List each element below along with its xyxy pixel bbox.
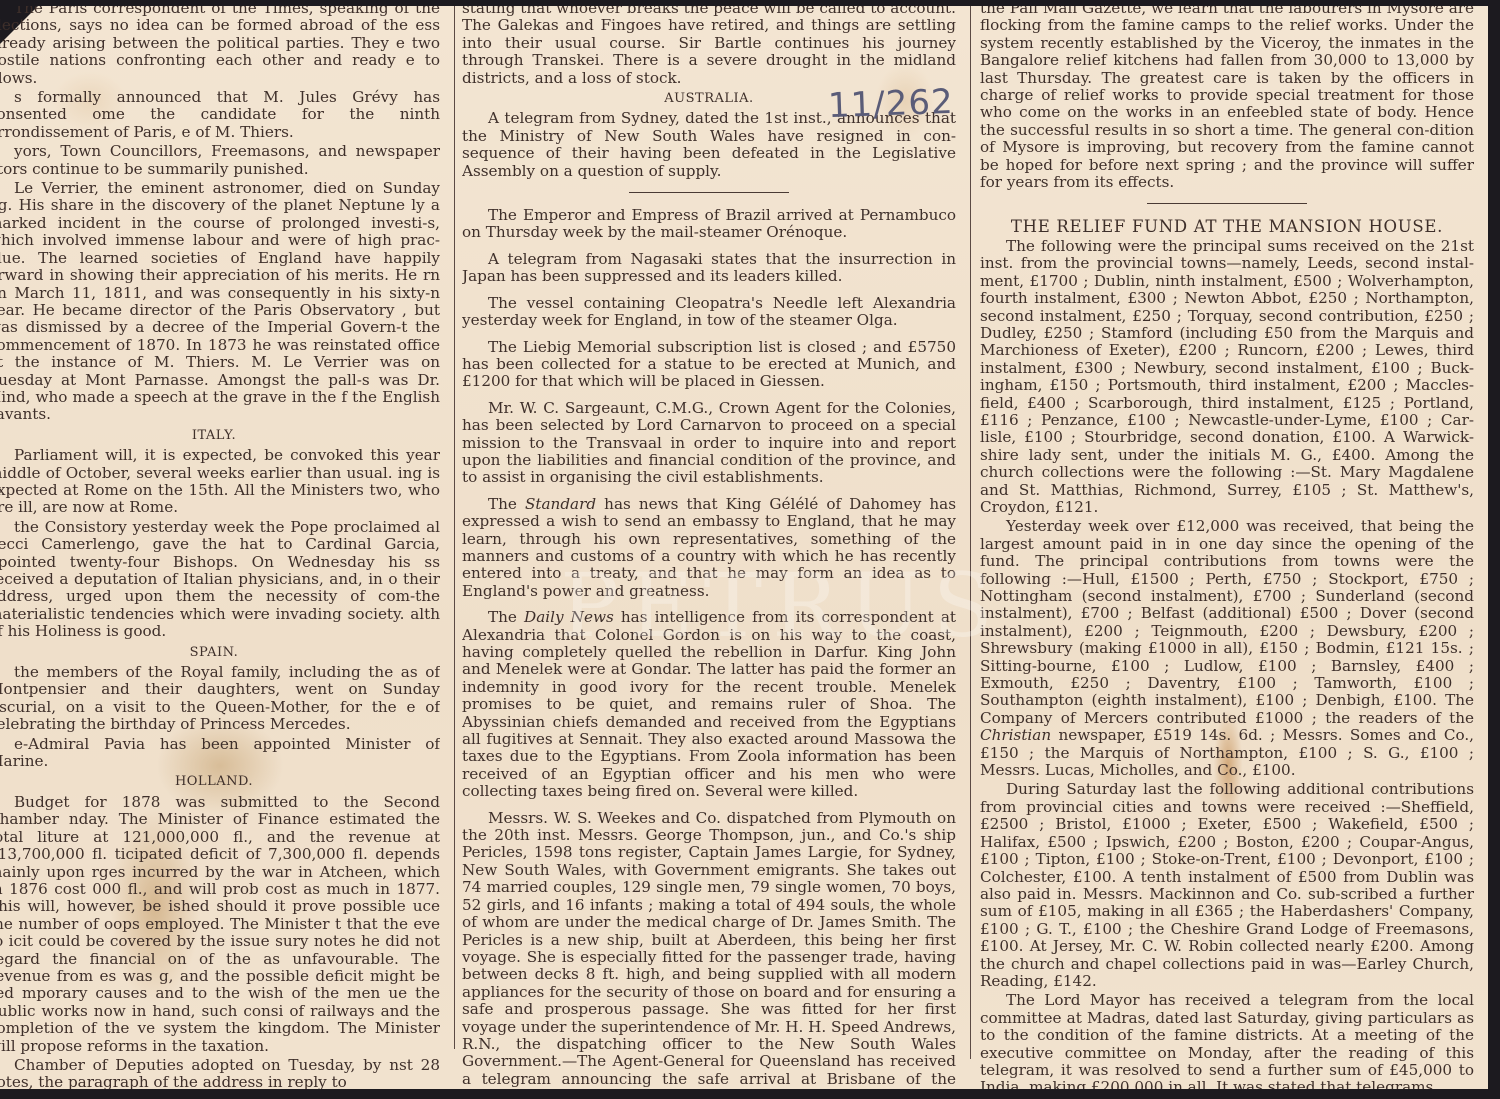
- daily-news-prefix: The: [488, 608, 524, 626]
- japan-paragraph: A telegram from Nagasaki states that the…: [462, 251, 956, 286]
- holland-heading: HOLLAND.: [0, 773, 440, 790]
- france-paragraph-2: s formally announced that M. Jules Grévy…: [0, 89, 440, 141]
- middle-column: stating that whoever breaks the peace wi…: [462, 6, 956, 1089]
- sargeaunt-paragraph: Mr. W. C. Sargeaunt, C.M.G., Crown Agent…: [462, 400, 956, 487]
- relief-paragraph-2: Yesterday week over £12,000 was received…: [980, 518, 1474, 779]
- holland-paragraph-2: Chamber of Deputies adopted on Tuesday, …: [0, 1057, 440, 1089]
- newspaper-clipping: The Paris correspondent of the Times, sp…: [0, 6, 1488, 1089]
- standard-paragraph: The Standard has news that King Gélélé o…: [462, 496, 956, 600]
- france-paragraph-4: Le Verrier, the eminent astronomer, died…: [0, 180, 440, 424]
- france-paragraph-3: yors, Town Councillors, Freemasons, and …: [0, 143, 440, 178]
- scan-background-right: [1488, 0, 1500, 1099]
- handwritten-catalog-number: 11/262: [827, 82, 954, 126]
- italy-heading: ITALY.: [0, 427, 440, 444]
- section-separator-right: [1147, 203, 1307, 204]
- italy-paragraph-2: the Consistory yesterday week the Pope p…: [0, 519, 440, 641]
- spain-paragraph-2: e-Admiral Pavia has been appointed Minis…: [0, 736, 440, 771]
- relief-paragraph-3: During Saturday last the following addit…: [980, 781, 1474, 990]
- africa-continuation: stating that whoever breaks the peace wi…: [462, 6, 956, 87]
- column-divider-2: [970, 6, 971, 1059]
- column-divider-1: [454, 6, 455, 1049]
- left-column: The Paris correspondent of the Times, sp…: [0, 6, 440, 1089]
- holland-paragraph-1: Budget for 1878 was submitted to the Sec…: [0, 794, 440, 1055]
- relief-fund-heading: THE RELIEF FUND AT THE MANSION HOUSE.: [980, 218, 1474, 235]
- daily-news-paper-name: Daily News: [524, 608, 614, 626]
- brazil-paragraph: The Emperor and Empress of Brazil arrive…: [462, 207, 956, 242]
- scan-background-bottom: [0, 1089, 1500, 1099]
- liebig-paragraph: The Liebig Memorial subscription list is…: [462, 339, 956, 391]
- weekes-paragraph: Messrs. W. S. Weekes and Co. dispatched …: [462, 810, 956, 1089]
- relief-paragraph-2-rest: newspaper, £519 14s. 6d. ; Messrs. Somes…: [980, 726, 1474, 779]
- right-column: the Pall Mall Gazette, we learn that the…: [980, 6, 1474, 1089]
- spain-paragraph-1: the members of the Royal family, includi…: [0, 664, 440, 734]
- france-paragraph-1: The Paris correspondent of the Times, sp…: [0, 6, 440, 87]
- daily-news-text: has intelligence from its correspondent …: [462, 608, 956, 800]
- standard-paper-name: Standard: [525, 495, 596, 513]
- relief-paragraph-1: The following were the principal sums re…: [980, 238, 1474, 517]
- christian-paper-name: Christian: [980, 726, 1051, 744]
- spain-heading: SPAIN.: [0, 644, 440, 661]
- mysore-continuation: the Pall Mall Gazette, we learn that the…: [980, 6, 1474, 191]
- relief-paragraph-2-text: Yesterday week over £12,000 was received…: [980, 517, 1474, 726]
- italy-paragraph-1: Parliament will, it is expected, be conv…: [0, 447, 440, 517]
- cleopatra-paragraph: The vessel containing Cleopatra's Needle…: [462, 295, 956, 330]
- daily-news-paragraph: The Daily News has intelligence from its…: [462, 609, 956, 800]
- relief-paragraph-4: The Lord Mayor has received a telegram f…: [980, 992, 1474, 1089]
- standard-prefix: The: [488, 495, 525, 513]
- section-separator: [629, 192, 789, 193]
